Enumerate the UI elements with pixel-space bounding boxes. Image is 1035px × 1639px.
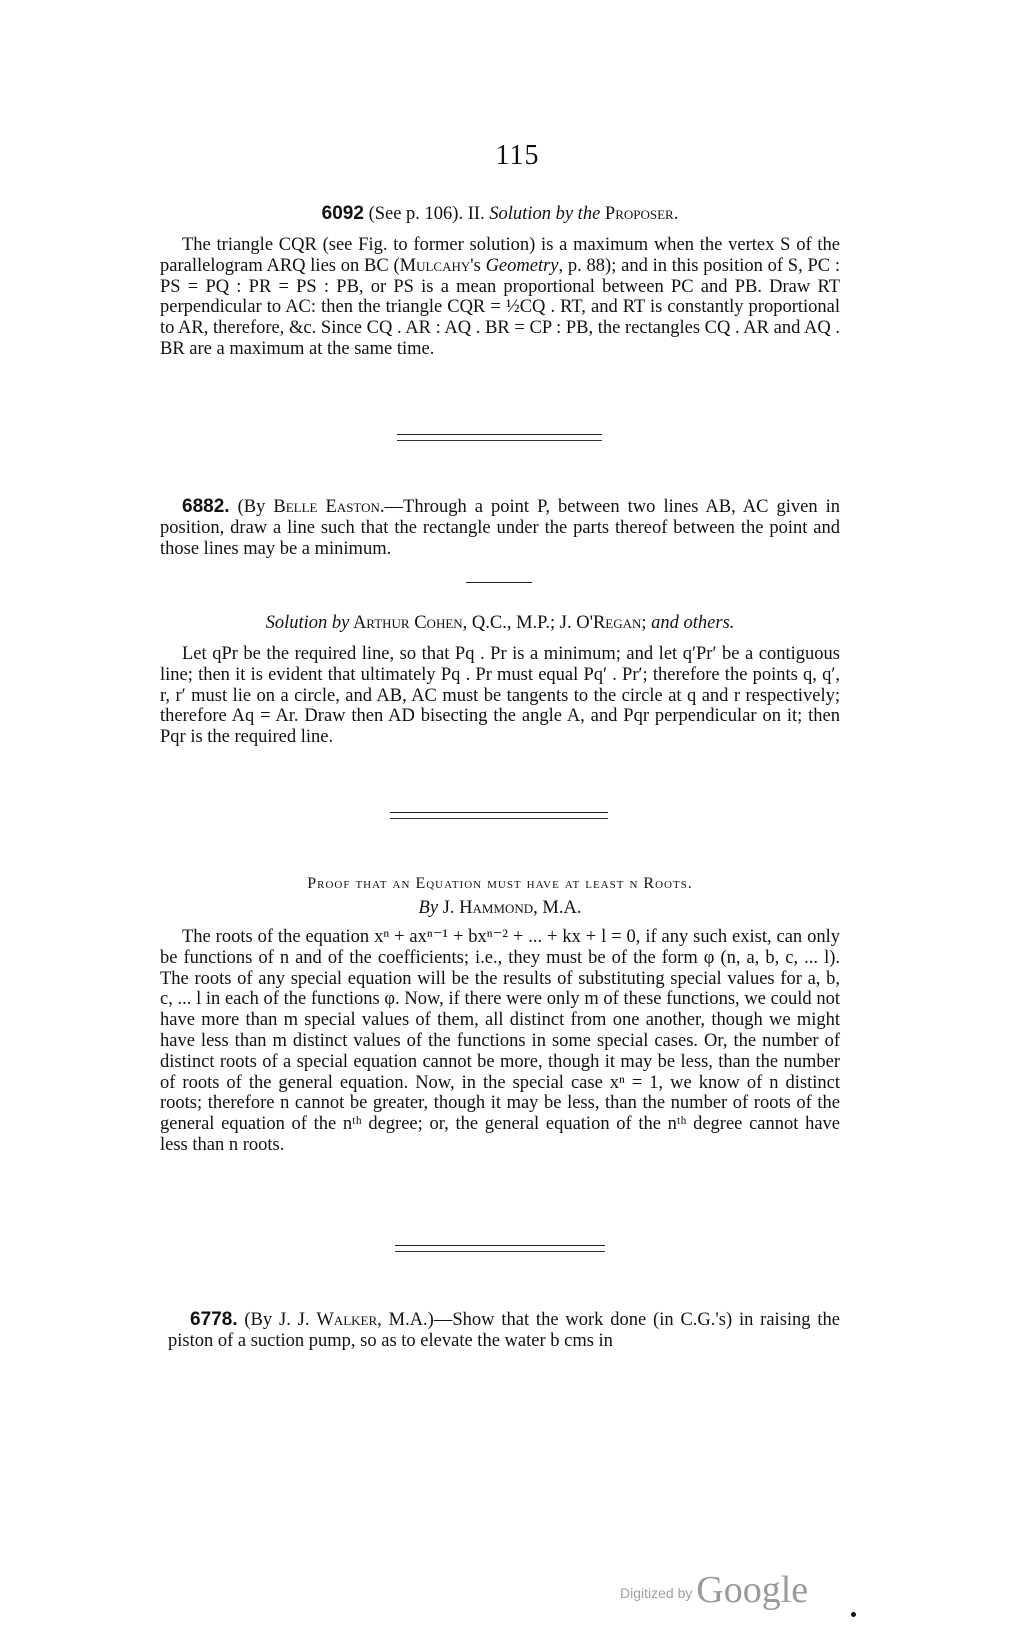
- question-6778: 6778. (By J. J. Walker, M.A.)—Show that …: [168, 1310, 840, 1352]
- google-logo-text: Google: [696, 1569, 808, 1611]
- section-proof: Proof that an Equation must have at leas…: [160, 873, 840, 1156]
- question-6882: 6882. (By Belle Easton.—Through a point …: [160, 497, 840, 559]
- solution-heading: Solution by Arthur Cohen, Q.C., M.P.; J.…: [160, 612, 840, 634]
- author-name: J. Hammond, M.A.: [438, 898, 581, 918]
- by-text: (By: [230, 497, 274, 517]
- book-title: Geometry: [486, 256, 559, 276]
- author-name: Belle Easton.: [273, 497, 384, 517]
- by-text: (By J. J.: [238, 1310, 317, 1330]
- body-text: 's: [470, 256, 485, 276]
- digitized-by-google-watermark: Digitized by Google: [620, 1568, 808, 1612]
- section-divider: [390, 812, 608, 819]
- solver-name: Regan: [593, 613, 641, 633]
- ink-dot: [851, 1612, 856, 1617]
- section-6092-heading: 6092 (See p. 106). II. Solution by the P…: [160, 203, 840, 225]
- proposer-label: Proposer.: [600, 204, 678, 224]
- solution-label: Solution by the: [489, 204, 600, 224]
- question-number: 6092: [322, 203, 364, 224]
- short-divider: [466, 582, 532, 583]
- section-6778: 6778. (By J. J. Walker, M.A.)—Show that …: [168, 1310, 840, 1352]
- and-others: and others.: [651, 613, 734, 633]
- solver-details: , Q.C., M.P.; J. O': [463, 613, 593, 633]
- solution-body: Let qPr be the required line, so that Pq…: [160, 644, 840, 748]
- watermark-prefix: Digitized by: [620, 1585, 696, 1601]
- reference: (See p. 106). II.: [364, 204, 489, 224]
- section-divider: [395, 1245, 605, 1252]
- solution-6882: Solution by Arthur Cohen, Q.C., M.P.; J.…: [160, 612, 840, 748]
- question-number: 6778.: [190, 1309, 238, 1330]
- section-6092: 6092 (See p. 106). II. Solution by the P…: [160, 203, 840, 360]
- proof-title: Proof that an Equation must have at leas…: [160, 873, 840, 895]
- proof-body: The roots of the equation xⁿ + axⁿ⁻¹ + b…: [160, 927, 840, 1156]
- proof-byline: By J. Hammond, M.A.: [160, 897, 840, 919]
- solver-name: Arthur Cohen: [349, 613, 462, 633]
- page-number: 115: [0, 140, 1035, 172]
- author-details: , M.A.): [377, 1310, 434, 1330]
- separator-text: ;: [641, 613, 651, 633]
- question-number: 6882.: [182, 496, 230, 517]
- section-6092-body: The triangle CQR (see Fig. to former sol…: [160, 235, 840, 360]
- solution-label: Solution by: [266, 613, 350, 633]
- section-6882: 6882. (By Belle Easton.—Through a point …: [160, 497, 840, 559]
- byline-by: By: [419, 898, 439, 918]
- author-name: Mulcahy: [400, 256, 471, 276]
- section-divider: [397, 434, 602, 441]
- author-name: Walker: [316, 1310, 377, 1330]
